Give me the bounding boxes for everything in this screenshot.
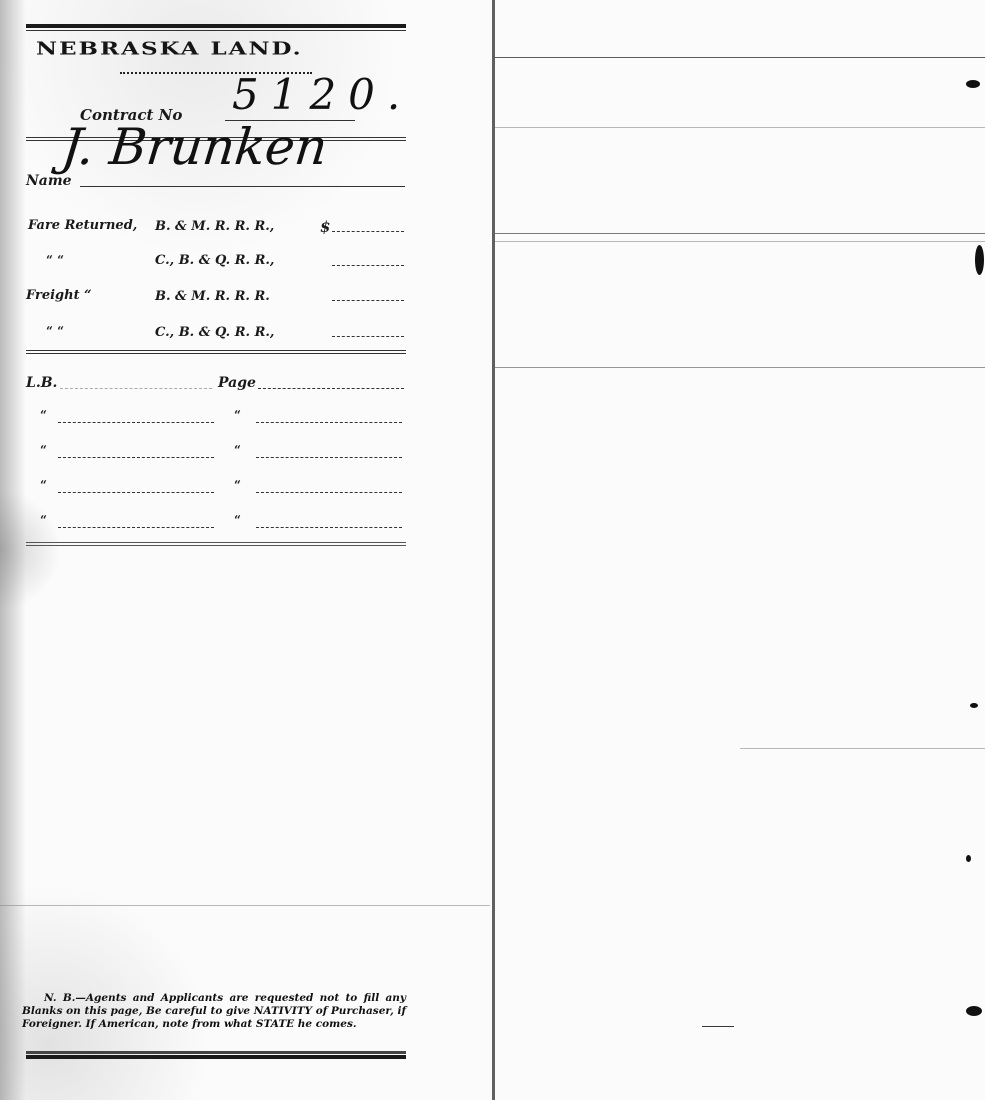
lb-label: L.B. [26,375,57,391]
ink-speck [966,855,971,862]
fare-row-railroad: B. & M. R. R. R., [155,219,274,234]
fare-row-railroad: B. & M. R. R. R. [155,289,270,304]
ditto-mark: “ [234,513,241,527]
page-blank [256,457,402,458]
page-blank [256,492,402,493]
fare-row-railroad: C., B. & Q. R. R., [155,325,274,340]
amount-blank [332,265,404,266]
section-rule [26,542,406,543]
section-rule [26,353,406,354]
ink-speck [970,703,978,708]
ink-mark [702,1026,734,1027]
ruled-line [495,233,985,234]
fare-row-label: “ “ [46,253,64,267]
currency-symbol: $ [320,218,330,236]
contract-number: 5120. [232,70,412,119]
footer-rule [26,1055,406,1059]
note-text: N. B.—Agents and Applicants are requeste… [22,992,406,1030]
amount-blank [332,300,404,301]
ruled-line [0,905,490,906]
page-label: Page [218,375,256,391]
ditto-mark: “ [234,443,241,457]
page-blank [258,388,404,389]
applicant-signature: J. Brunken [59,118,330,176]
name-blank [80,186,405,187]
page-blank [256,422,402,423]
ruled-line [495,241,985,242]
amount-blank [332,336,404,337]
footer-rule [26,1051,406,1054]
fare-row-label: “ “ [46,324,64,338]
instructions-note: N. B.—Agents and Applicants are requeste… [22,992,406,1031]
scan-edge-shadow [0,0,26,1100]
ruled-line [740,748,985,749]
page-blank [256,527,402,528]
fare-row-railroad: C., B. & Q. R. R., [155,253,274,268]
lb-blank [58,492,214,493]
section-rule [26,545,406,546]
lb-blank [58,527,214,528]
fare-row-label: Freight “ [26,288,92,303]
ruled-line [495,367,985,368]
amount-blank [332,231,404,232]
ink-speck [975,245,984,275]
lb-blank [60,388,212,389]
header-rule-thin [26,30,406,31]
ditto-mark: “ [234,408,241,422]
ink-speck [966,1006,982,1016]
lb-blank [58,457,214,458]
ditto-mark: “ [40,443,47,457]
fare-row-label: Fare Returned, [28,218,137,233]
form-title: NEBRASKA LAND. [36,38,406,59]
lb-blank [58,422,214,423]
ruled-line [495,127,985,128]
ditto-mark: “ [40,513,47,527]
ruled-line [495,57,985,58]
header-rule [26,24,406,28]
ditto-mark: “ [40,408,47,422]
section-rule [26,350,406,351]
ink-speck [966,80,980,88]
ditto-mark: “ [40,478,47,492]
page-fold-line [492,0,495,1100]
ditto-mark: “ [234,478,241,492]
